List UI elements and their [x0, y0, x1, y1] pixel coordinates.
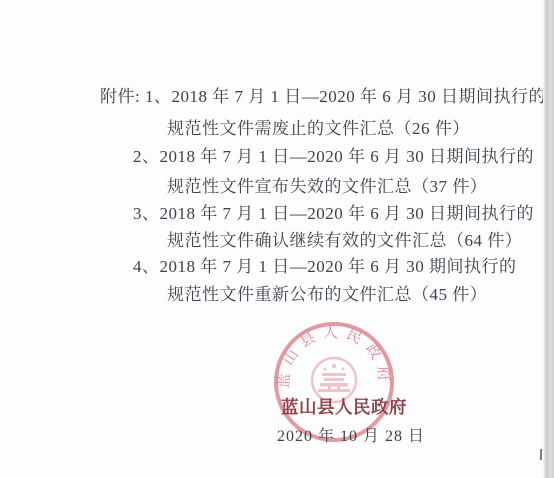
- item-number: 3、: [133, 204, 160, 223]
- item-number: 4、: [133, 257, 160, 276]
- attachment-item-1-line-2: 规范性文件需废止的文件汇总（26 件）: [167, 119, 470, 139]
- attachment-item-2-line-2: 规范性文件宣布失效的文件汇总（37 件）: [167, 177, 487, 197]
- item-summary: 规范性文件宣布失效的文件汇总（37 件）: [167, 177, 487, 196]
- item-summary: 规范性文件重新公布的文件汇总（45 件）: [167, 285, 487, 304]
- item-period: 2018 年 7 月 1 日—2020 年 6 月 30 日期间执行的: [160, 147, 535, 166]
- item-number: 2、: [133, 147, 160, 166]
- attachment-item-4-line-1: 4、2018 年 7 月 1 日—2020 年 6 月 30 期间执行的: [133, 257, 517, 277]
- item-summary: 规范性文件确认继续有效的文件汇总（64 件）: [167, 231, 522, 250]
- attachment-item-3-line-2: 规范性文件确认继续有效的文件汇总（64 件）: [167, 231, 522, 251]
- issuer-name: 蓝山县人民政府: [281, 394, 407, 419]
- attachment-item-1-line-1: 附件: 1、2018 年 7 月 1 日—2020 年 6 月 30 日期间执行…: [100, 87, 546, 107]
- item-period: 2018 年 7 月 1 日—2020 年 6 月 30 日期间执行的: [160, 204, 535, 223]
- attachment-item-3-line-1: 3、2018 年 7 月 1 日—2020 年 6 月 30 日期间执行的: [133, 204, 534, 224]
- item-number: 1、: [145, 87, 172, 106]
- attachment-item-4-line-2: 规范性文件重新公布的文件汇总（45 件）: [167, 285, 487, 305]
- scan-edge-shadow: [543, 0, 554, 478]
- item-period: 2018 年 7 月 1 日—2020 年 6 月 30 期间执行的: [160, 257, 517, 276]
- attachment-item-2-line-1: 2、2018 年 7 月 1 日—2020 年 6 月 30 日期间执行的: [133, 147, 534, 167]
- item-summary: 规范性文件需废止的文件汇总（26 件）: [167, 119, 470, 138]
- scan-artifact-mark: [540, 449, 542, 460]
- document-date: 2020 年 10 月 28 日: [277, 423, 425, 446]
- attachments-label: 附件:: [100, 87, 145, 106]
- item-period: 2018 年 7 月 1 日—2020 年 6 月 30 日期间执行的: [171, 87, 546, 106]
- scanned-document-page: 附件: 1、2018 年 7 月 1 日—2020 年 6 月 30 日期间执行…: [0, 0, 554, 478]
